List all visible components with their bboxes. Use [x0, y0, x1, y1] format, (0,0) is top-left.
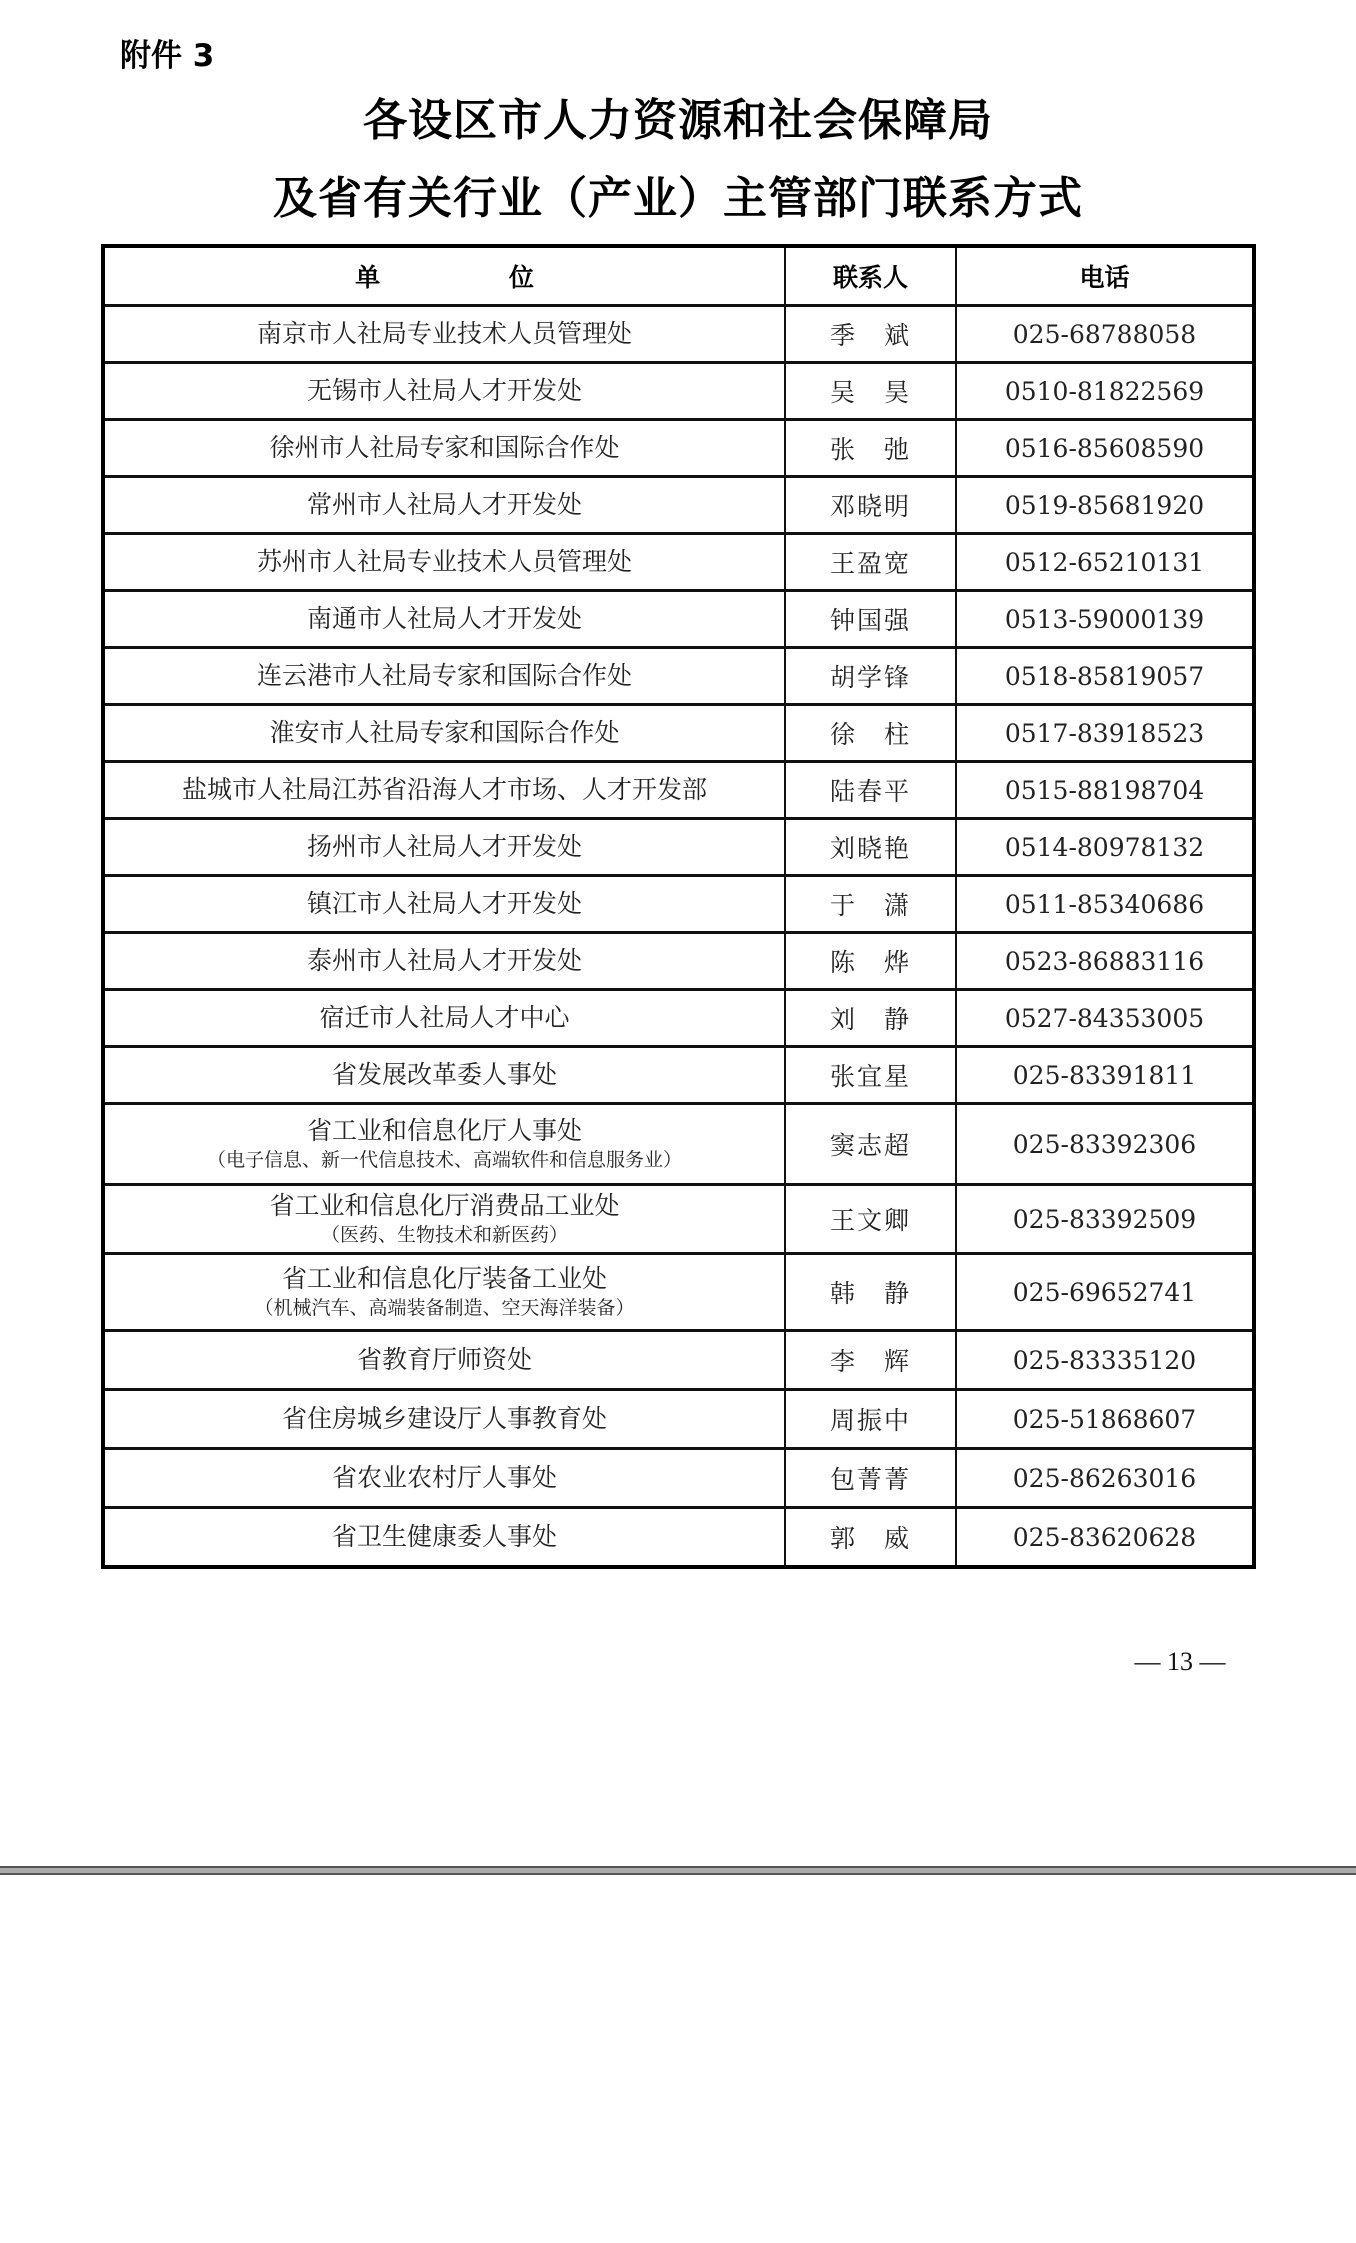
contact-person-cell: 王文卿	[785, 1185, 956, 1254]
table-row: 南京市人社局专业技术人员管理处 季 斌 025-68788058	[103, 306, 1254, 363]
unit-cell: 省工业和信息化厅人事处 （电子信息、新一代信息技术、高端软件和信息服务业）	[103, 1104, 785, 1185]
page-number: — 13 —	[1120, 1646, 1240, 1678]
phone-cell: 0517-83918523	[956, 705, 1254, 762]
table-row: 省工业和信息化厅装备工业处 （机械汽车、高端装备制造、空天海洋装备） 韩 静 0…	[103, 1254, 1254, 1331]
contact-person-cell: 刘 静	[785, 990, 956, 1047]
unit-cell: 扬州市人社局人才开发处	[103, 819, 785, 876]
unit-cell: 省住房城乡建设厅人事教育处	[103, 1390, 785, 1449]
contact-person-cell: 王盈宽	[785, 534, 956, 591]
unit-cell: 苏州市人社局专业技术人员管理处	[103, 534, 785, 591]
unit-cell: 南京市人社局专业技术人员管理处	[103, 306, 785, 363]
table-row: 扬州市人社局人才开发处 刘晓艳 0514-80978132	[103, 819, 1254, 876]
contact-person-cell: 李 辉	[785, 1331, 956, 1390]
unit-cell: 省发展改革委人事处	[103, 1047, 785, 1104]
phone-cell: 0519-85681920	[956, 477, 1254, 534]
unit-cell: 泰州市人社局人才开发处	[103, 933, 785, 990]
document-title-line-2: 及省有关行业（产业）主管部门联系方式	[0, 174, 1356, 224]
unit-scope-note: （医药、生物技术和新医药）	[105, 1222, 784, 1248]
column-header-contact-person: 联系人	[785, 246, 956, 306]
contact-person-cell: 于 潇	[785, 876, 956, 933]
phone-cell: 025-83392509	[956, 1185, 1254, 1254]
table-row: 盐城市人社局江苏省沿海人才市场、人才开发部 陆春平 0515-88198704	[103, 762, 1254, 819]
phone-cell: 0515-88198704	[956, 762, 1254, 819]
unit-name: 苏州市人社局专业技术人员管理处	[105, 546, 784, 578]
table-row: 无锡市人社局人才开发处 吴 昊 0510-81822569	[103, 363, 1254, 420]
table-row: 宿迁市人社局人才中心 刘 静 0527-84353005	[103, 990, 1254, 1047]
contact-person-cell: 包菁菁	[785, 1449, 956, 1508]
table-row: 省住房城乡建设厅人事教育处 周振中 025-51868607	[103, 1390, 1254, 1449]
table-row: 连云港市人社局专家和国际合作处 胡学锋 0518-85819057	[103, 648, 1254, 705]
unit-cell: 盐城市人社局江苏省沿海人才市场、人才开发部	[103, 762, 785, 819]
contact-person-cell: 胡学锋	[785, 648, 956, 705]
column-header-unit: 单 位	[103, 246, 785, 306]
phone-cell: 0527-84353005	[956, 990, 1254, 1047]
document-title-line-1: 各设区市人力资源和社会保障局	[0, 96, 1356, 146]
contact-person-cell: 张宜星	[785, 1047, 956, 1104]
unit-name: 盐城市人社局江苏省沿海人才市场、人才开发部	[105, 774, 784, 806]
unit-name: 常州市人社局人才开发处	[105, 489, 784, 521]
unit-name: 省农业农村厅人事处	[105, 1462, 784, 1494]
unit-cell: 省教育厅师资处	[103, 1331, 785, 1390]
table-row: 南通市人社局人才开发处 钟国强 0513-59000139	[103, 591, 1254, 648]
phone-cell: 025-83392306	[956, 1104, 1254, 1185]
page-separator	[0, 1866, 1356, 1875]
unit-name: 宿迁市人社局人才中心	[105, 1002, 784, 1034]
table-row: 常州市人社局人才开发处 邓晓明 0519-85681920	[103, 477, 1254, 534]
unit-name: 省工业和信息化厅人事处	[105, 1115, 784, 1147]
unit-name: 镇江市人社局人才开发处	[105, 888, 784, 920]
contact-person-cell: 窦志超	[785, 1104, 956, 1185]
unit-name: 省工业和信息化厅装备工业处	[105, 1263, 784, 1295]
unit-cell: 徐州市人社局专家和国际合作处	[103, 420, 785, 477]
unit-cell: 省卫生健康委人事处	[103, 1508, 785, 1568]
table-row: 徐州市人社局专家和国际合作处 张 弛 0516-85608590	[103, 420, 1254, 477]
contact-person-cell: 张 弛	[785, 420, 956, 477]
contact-person-cell: 季 斌	[785, 306, 956, 363]
unit-name: 省发展改革委人事处	[105, 1059, 784, 1091]
unit-name: 连云港市人社局专家和国际合作处	[105, 660, 784, 692]
unit-scope-note: （机械汽车、高端装备制造、空天海洋装备）	[105, 1295, 784, 1321]
unit-cell: 无锡市人社局人才开发处	[103, 363, 785, 420]
unit-cell: 镇江市人社局人才开发处	[103, 876, 785, 933]
unit-name: 省教育厅师资处	[105, 1344, 784, 1376]
unit-cell: 连云港市人社局专家和国际合作处	[103, 648, 785, 705]
phone-cell: 0523-86883116	[956, 933, 1254, 990]
phone-cell: 0513-59000139	[956, 591, 1254, 648]
unit-name: 南通市人社局人才开发处	[105, 603, 784, 635]
contact-person-cell: 陆春平	[785, 762, 956, 819]
contact-person-cell: 周振中	[785, 1390, 956, 1449]
attachment-label: 附件 3	[120, 38, 214, 74]
table-row: 省卫生健康委人事处 郭 威 025-83620628	[103, 1508, 1254, 1568]
table-row: 苏州市人社局专业技术人员管理处 王盈宽 0512-65210131	[103, 534, 1254, 591]
contact-person-cell: 邓晓明	[785, 477, 956, 534]
unit-scope-note: （电子信息、新一代信息技术、高端软件和信息服务业）	[105, 1147, 784, 1173]
phone-cell: 025-83620628	[956, 1508, 1254, 1568]
unit-name: 泰州市人社局人才开发处	[105, 945, 784, 977]
unit-cell: 省工业和信息化厅装备工业处 （机械汽车、高端装备制造、空天海洋装备）	[103, 1254, 785, 1331]
contact-person-cell: 郭 威	[785, 1508, 956, 1568]
phone-cell: 0511-85340686	[956, 876, 1254, 933]
phone-cell: 025-86263016	[956, 1449, 1254, 1508]
table-row: 省教育厅师资处 李 辉 025-83335120	[103, 1331, 1254, 1390]
unit-name: 南京市人社局专业技术人员管理处	[105, 318, 784, 350]
table-header-row: 单 位 联系人 电话	[103, 246, 1254, 306]
unit-name: 省住房城乡建设厅人事教育处	[105, 1403, 784, 1435]
phone-cell: 0518-85819057	[956, 648, 1254, 705]
contact-person-cell: 刘晓艳	[785, 819, 956, 876]
phone-cell: 025-69652741	[956, 1254, 1254, 1331]
unit-cell: 淮安市人社局专家和国际合作处	[103, 705, 785, 762]
table-row: 省发展改革委人事处 张宜星 025-83391811	[103, 1047, 1254, 1104]
column-header-phone: 电话	[956, 246, 1254, 306]
unit-name: 省卫生健康委人事处	[105, 1521, 784, 1553]
unit-cell: 南通市人社局人才开发处	[103, 591, 785, 648]
phone-cell: 0514-80978132	[956, 819, 1254, 876]
phone-cell: 025-68788058	[956, 306, 1254, 363]
table-row: 泰州市人社局人才开发处 陈 烨 0523-86883116	[103, 933, 1254, 990]
contact-person-cell: 徐 柱	[785, 705, 956, 762]
phone-cell: 0516-85608590	[956, 420, 1254, 477]
unit-cell: 省农业农村厅人事处	[103, 1449, 785, 1508]
unit-name: 徐州市人社局专家和国际合作处	[105, 432, 784, 464]
phone-cell: 025-51868607	[956, 1390, 1254, 1449]
contact-person-cell: 钟国强	[785, 591, 956, 648]
contact-person-cell: 韩 静	[785, 1254, 956, 1331]
phone-cell: 025-83391811	[956, 1047, 1254, 1104]
table-row: 省工业和信息化厅消费品工业处 （医药、生物技术和新医药） 王文卿 025-833…	[103, 1185, 1254, 1254]
table-row: 镇江市人社局人才开发处 于 潇 0511-85340686	[103, 876, 1254, 933]
unit-cell: 常州市人社局人才开发处	[103, 477, 785, 534]
unit-cell: 省工业和信息化厅消费品工业处 （医药、生物技术和新医药）	[103, 1185, 785, 1254]
unit-name: 省工业和信息化厅消费品工业处	[105, 1190, 784, 1222]
phone-cell: 0510-81822569	[956, 363, 1254, 420]
table-row: 省工业和信息化厅人事处 （电子信息、新一代信息技术、高端软件和信息服务业） 窦志…	[103, 1104, 1254, 1185]
contact-table: 单 位 联系人 电话 南京市人社局专业技术人员管理处 季 斌 025-68788…	[101, 244, 1256, 1569]
unit-name: 扬州市人社局人才开发处	[105, 831, 784, 863]
phone-cell: 025-83335120	[956, 1331, 1254, 1390]
unit-name: 无锡市人社局人才开发处	[105, 375, 784, 407]
contact-person-cell: 吴 昊	[785, 363, 956, 420]
table-row: 淮安市人社局专家和国际合作处 徐 柱 0517-83918523	[103, 705, 1254, 762]
table-row: 省农业农村厅人事处 包菁菁 025-86263016	[103, 1449, 1254, 1508]
column-header-unit-label: 单 位	[295, 263, 594, 292]
unit-cell: 宿迁市人社局人才中心	[103, 990, 785, 1047]
unit-name: 淮安市人社局专家和国际合作处	[105, 717, 784, 749]
contact-person-cell: 陈 烨	[785, 933, 956, 990]
phone-cell: 0512-65210131	[956, 534, 1254, 591]
